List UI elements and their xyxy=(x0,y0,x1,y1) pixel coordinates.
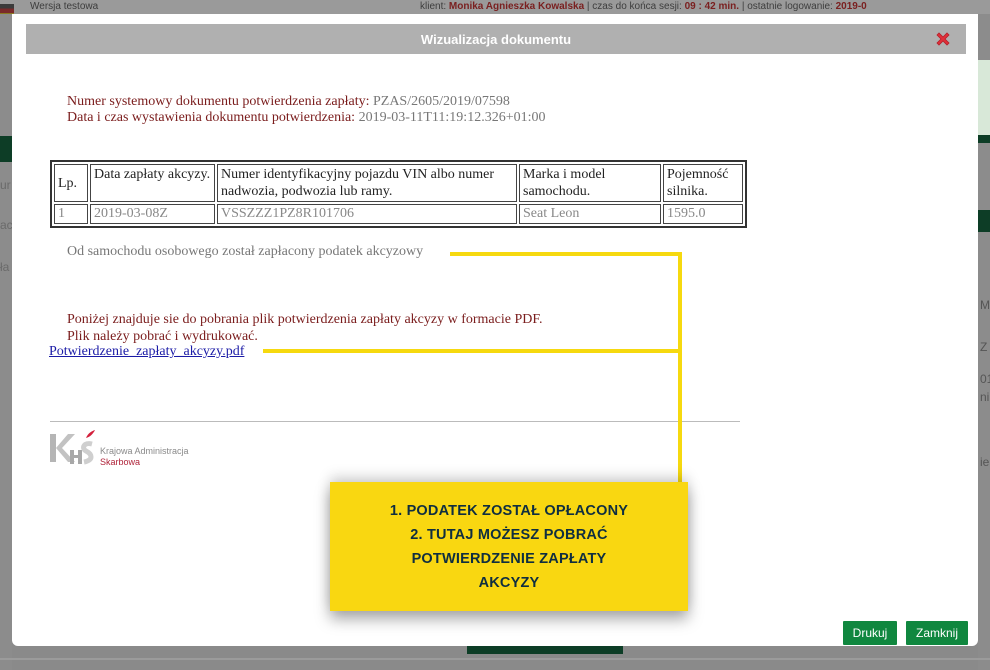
kas-logo-icon xyxy=(48,428,98,468)
background-nav-button xyxy=(0,136,12,162)
session-timer: 09 : 42 min. xyxy=(685,1,739,12)
close-x-icon[interactable] xyxy=(934,30,952,48)
environment-label: Wersja testowa xyxy=(30,1,98,12)
background-left-panel xyxy=(0,14,12,670)
cell-engine: 1595.0 xyxy=(663,204,743,224)
last-login: 2019-0 xyxy=(836,1,867,12)
cell-vin: VSSZZZ1PZ8R101706 xyxy=(217,204,517,224)
column-header-lp: Lp. xyxy=(54,164,88,202)
background-top-bar: Wersja testowa klient: Monika Agnieszka … xyxy=(0,0,990,15)
background-divider xyxy=(0,658,990,660)
column-header-payment-date: Data zapłaty akcyzy. xyxy=(90,164,215,202)
annotation-line: 1. PODATEK ZOSTAŁ OPŁACONY xyxy=(390,499,628,523)
issued-datetime-row: Data i czas wystawienia dokumentu potwie… xyxy=(67,110,545,126)
annotation-connector xyxy=(263,349,682,353)
background-notice xyxy=(978,60,990,140)
annotation-connector xyxy=(450,252,682,256)
vehicle-table: Lp. Data zapłaty akcyzy. Numer identyfik… xyxy=(50,160,747,228)
pdf-download-link[interactable]: Potwierdzenie_zapłaty_akcyzy.pdf xyxy=(49,344,244,360)
background-button xyxy=(978,210,990,232)
paid-statement: Od samochodu osobowego został zapłacony … xyxy=(67,244,423,260)
cell-payment-date: 2019-03-08Z xyxy=(90,204,215,224)
pdf-info-line: Plik należy pobrać i wydrukować. xyxy=(67,328,543,345)
document-metadata: Numer systemowy dokumentu potwierdzenia … xyxy=(67,94,545,126)
divider xyxy=(50,421,740,422)
close-button[interactable]: Zamknij xyxy=(906,621,968,645)
issued-datetime-value: 2019-03-11T11:19:12.326+01:00 xyxy=(359,110,546,125)
pdf-info: Poniżej znajduje sie do pobrania plik po… xyxy=(67,311,543,345)
annotation-line: POTWIERDZENIE ZAPŁATY xyxy=(412,547,607,571)
annotation-line: AKCYZY xyxy=(479,571,540,595)
modal-header: Wizualizacja dokumentu xyxy=(26,24,966,54)
column-header-make-model: Marka i model samochodu. xyxy=(519,164,661,202)
kas-logo: Krajowa Administracja Skarbowa xyxy=(48,428,228,468)
logo-text: Krajowa Administracja xyxy=(100,446,189,456)
client-name: Monika Agnieszka Kowalska xyxy=(449,1,584,12)
background-text: ur xyxy=(0,178,11,192)
session-info: klient: Monika Agnieszka Kowalska | czas… xyxy=(420,1,867,12)
cell-make-model: Seat Leon xyxy=(519,204,661,224)
column-header-vin: Numer identyfikacyjny pojazdu VIN albo n… xyxy=(217,164,517,202)
table-row: 1 2019-03-08Z VSSZZZ1PZ8R101706 Seat Leo… xyxy=(54,204,743,224)
background-text: Z xyxy=(980,340,987,354)
annotation-connector xyxy=(678,252,682,484)
print-button[interactable]: Drukuj xyxy=(843,621,897,645)
background-text: ac xyxy=(0,218,13,232)
background-text: 01 xyxy=(980,372,990,386)
column-header-engine: Pojemność silnika. xyxy=(663,164,743,202)
background-text: ie xyxy=(980,455,989,469)
logo-text: Skarbowa xyxy=(100,457,140,467)
system-number-value: PZAS/2605/2019/07598 xyxy=(373,94,510,109)
table-header-row: Lp. Data zapłaty akcyzy. Numer identyfik… xyxy=(54,164,743,202)
annotation-line: 2. TUTAJ MOŻESZ POBRAĆ xyxy=(410,523,607,547)
cell-lp: 1 xyxy=(54,204,88,224)
annotation-callout: 1. PODATEK ZOSTAŁ OPŁACONY 2. TUTAJ MOŻE… xyxy=(330,482,688,611)
system-number-row: Numer systemowy dokumentu potwierdzenia … xyxy=(67,94,545,110)
background-text: ni xyxy=(980,390,989,404)
pdf-info-line: Poniżej znajduje sie do pobrania plik po… xyxy=(67,311,543,328)
modal-title: Wizualizacja dokumentu xyxy=(421,32,571,47)
background-bottom-button xyxy=(467,646,623,654)
background-text: Mi xyxy=(980,298,990,312)
background-bar xyxy=(978,135,990,143)
background-text: ła xyxy=(0,260,9,274)
